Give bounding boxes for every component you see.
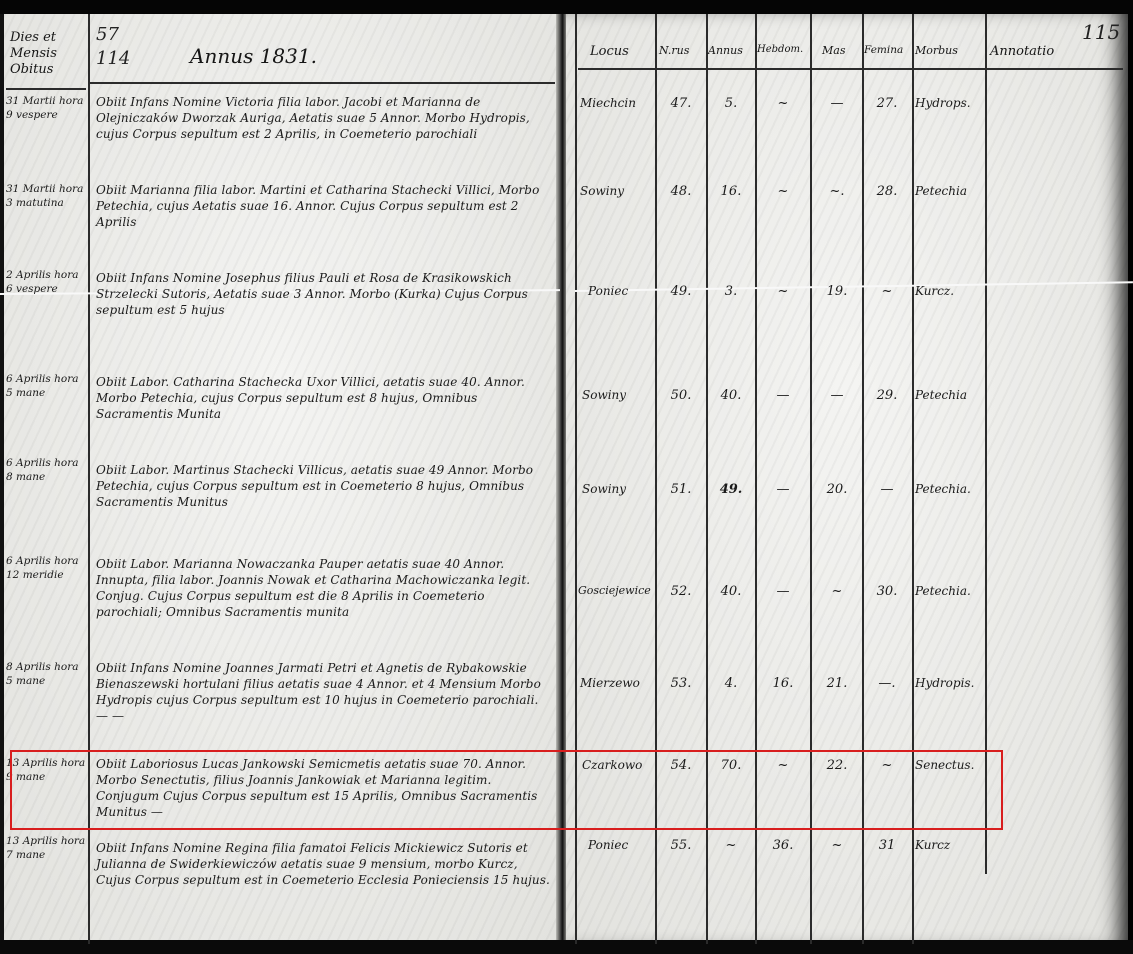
entry-date: 6 Aprilis hora 12 meridie — [6, 554, 88, 582]
cell-femina: —. — [863, 676, 911, 691]
cell-femina: 30. — [863, 584, 911, 599]
cell-locus: Poniec — [588, 284, 628, 298]
title-rule — [90, 82, 555, 84]
date-column-header: Dies et Mensis Obitus — [10, 30, 86, 78]
entry-date: 6 Aprilis hora 8 mane — [6, 456, 88, 484]
cell-nrus: 49. — [657, 284, 705, 299]
header-femina: Femina — [864, 44, 903, 56]
col-rule-4 — [810, 14, 812, 944]
page-number-old: 57 — [96, 24, 119, 45]
cell-nrus: 55. — [657, 838, 705, 853]
cell-mas: ~. — [812, 184, 862, 199]
cell-hebdom-highlighted: ~ — [757, 758, 809, 773]
entry-date: 8 Aprilis hora 5 mane — [6, 660, 88, 688]
header-morbus: Morbus — [915, 44, 958, 57]
right-header-rule — [578, 68, 1123, 70]
cell-morbus: Petechia. — [915, 482, 971, 496]
header-nrus: N.rus — [659, 44, 689, 57]
date-column-rule — [88, 14, 90, 944]
cell-morbus: Petechia. — [915, 584, 971, 598]
cell-nrus: 52. — [657, 584, 705, 599]
cell-morbus: Petechia — [915, 388, 967, 402]
header-mas: Mas — [822, 44, 845, 57]
cell-hebdom: ~ — [757, 184, 809, 199]
cell-annus: 16. — [707, 184, 755, 199]
entry-text: Obiit Labor. Catharina Stachecka Uxor Vi… — [96, 374, 551, 422]
cell-annus: 5. — [707, 96, 755, 111]
cell-nrus: 47. — [657, 96, 705, 111]
register-title: Annus 1831. — [190, 44, 317, 68]
cell-hebdom: — — [757, 388, 809, 403]
cell-nrus: 48. — [657, 184, 705, 199]
cell-locus: Mierzewo — [580, 676, 640, 690]
cell-annus-highlighted: 70. — [707, 758, 755, 773]
cell-femina: — — [863, 482, 911, 497]
entry-text: Obiit Labor. Martinus Stachecki Villicus… — [96, 462, 551, 510]
entry-text: Obiit Marianna filia labor. Martini et C… — [96, 182, 551, 230]
col-rule-7 — [985, 14, 987, 874]
cell-locus: Poniec — [588, 838, 628, 852]
cell-locus: Sowiny — [582, 388, 626, 402]
cell-morbus: Kurcz. — [915, 284, 954, 298]
cell-nrus: 50. — [657, 388, 705, 403]
cell-mas: ~ — [812, 838, 862, 853]
cell-annus: 49. — [707, 482, 755, 497]
cell-mas: 19. — [812, 284, 862, 299]
col-rule-1 — [655, 14, 657, 944]
header-annus: Annus — [708, 44, 743, 57]
header-annotatio: Annotatio — [990, 44, 1054, 59]
cell-mas: — — [812, 388, 862, 403]
entry-text: Obiit Labor. Marianna Nowaczanka Pauper … — [96, 556, 551, 620]
entry-date: 6 Aprilis hora 5 mane — [6, 372, 88, 400]
cell-locus: Gosciejewice — [578, 584, 651, 597]
cell-morbus: Kurcz — [915, 838, 950, 852]
cell-hebdom: — — [757, 482, 809, 497]
col-rule-5 — [862, 14, 864, 944]
cell-nrus: 51. — [657, 482, 705, 497]
cell-nrus-highlighted: 54. — [657, 758, 705, 773]
cell-hebdom: ~ — [757, 96, 809, 111]
cell-annus: 40. — [707, 388, 755, 403]
cell-locus-highlighted: Czarkowo — [582, 758, 642, 772]
date-header-rule — [6, 88, 86, 90]
entry-date-highlighted: 13 Aprilis hora 9 mane — [6, 756, 88, 784]
cell-annus: ~ — [707, 838, 755, 853]
right-page-number: 115 — [1082, 20, 1120, 44]
entry-date: 2 Aprilis hora 6 vespere — [6, 268, 88, 296]
cell-hebdom: 16. — [757, 676, 809, 691]
cell-femina-highlighted: ~ — [863, 758, 911, 773]
entry-date: 31 Martii hora 3 matutina — [6, 182, 88, 210]
cell-locus: Sowiny — [580, 184, 624, 198]
cell-mas: 21. — [812, 676, 862, 691]
entry-text: Obiit Infans Nomine Josephus filius Paul… — [96, 270, 551, 318]
header-locus: Locus — [590, 44, 629, 59]
cell-locus: Miechcin — [580, 96, 636, 110]
cell-morbus: Petechia — [915, 184, 967, 198]
entry-date: 31 Martii hora 9 vespere — [6, 94, 88, 122]
entry-text-highlighted: Obiit Laboriosus Lucas Jankowski Semicme… — [96, 756, 551, 820]
cell-femina: 28. — [863, 184, 911, 199]
cell-mas: — — [812, 96, 862, 111]
entry-text: Obiit Infans Nomine Regina filia famatoi… — [96, 840, 551, 888]
right-page — [566, 14, 1128, 944]
cell-nrus: 53. — [657, 676, 705, 691]
cell-femina: 31 — [863, 838, 911, 853]
entry-date: 13 Aprilis hora 7 mane — [6, 834, 88, 862]
cell-locus: Sowiny — [582, 482, 626, 496]
cell-annus: 4. — [707, 676, 755, 691]
col-rule-2 — [706, 14, 708, 944]
page-number-new: 114 — [96, 48, 130, 69]
cell-mas-highlighted: 22. — [812, 758, 862, 773]
header-hebdom: Hebdom. — [757, 44, 803, 55]
cell-mas: 20. — [812, 482, 862, 497]
cell-hebdom: — — [757, 584, 809, 599]
scan-bottom-border — [0, 940, 1133, 954]
cell-morbus-highlighted: Senectus. — [915, 758, 974, 772]
col-rule-6 — [912, 14, 914, 944]
locus-left-rule — [575, 14, 577, 944]
cell-annus: 40. — [707, 584, 755, 599]
cell-hebdom: ~ — [757, 284, 809, 299]
cell-mas: ~ — [812, 584, 862, 599]
cell-annus: 3. — [707, 284, 755, 299]
cell-femina: 29. — [863, 388, 911, 403]
cell-morbus: Hydrops. — [915, 96, 971, 110]
col-rule-3 — [755, 14, 757, 944]
cell-femina: ~ — [863, 284, 911, 299]
entry-text: Obiit Infans Nomine Victoria filia labor… — [96, 94, 551, 142]
entry-text: Obiit Infans Nomine Joannes Jarmati Petr… — [96, 660, 551, 724]
cell-hebdom: 36. — [757, 838, 809, 853]
cell-morbus: Hydropis. — [915, 676, 974, 690]
cell-femina: 27. — [863, 96, 911, 111]
